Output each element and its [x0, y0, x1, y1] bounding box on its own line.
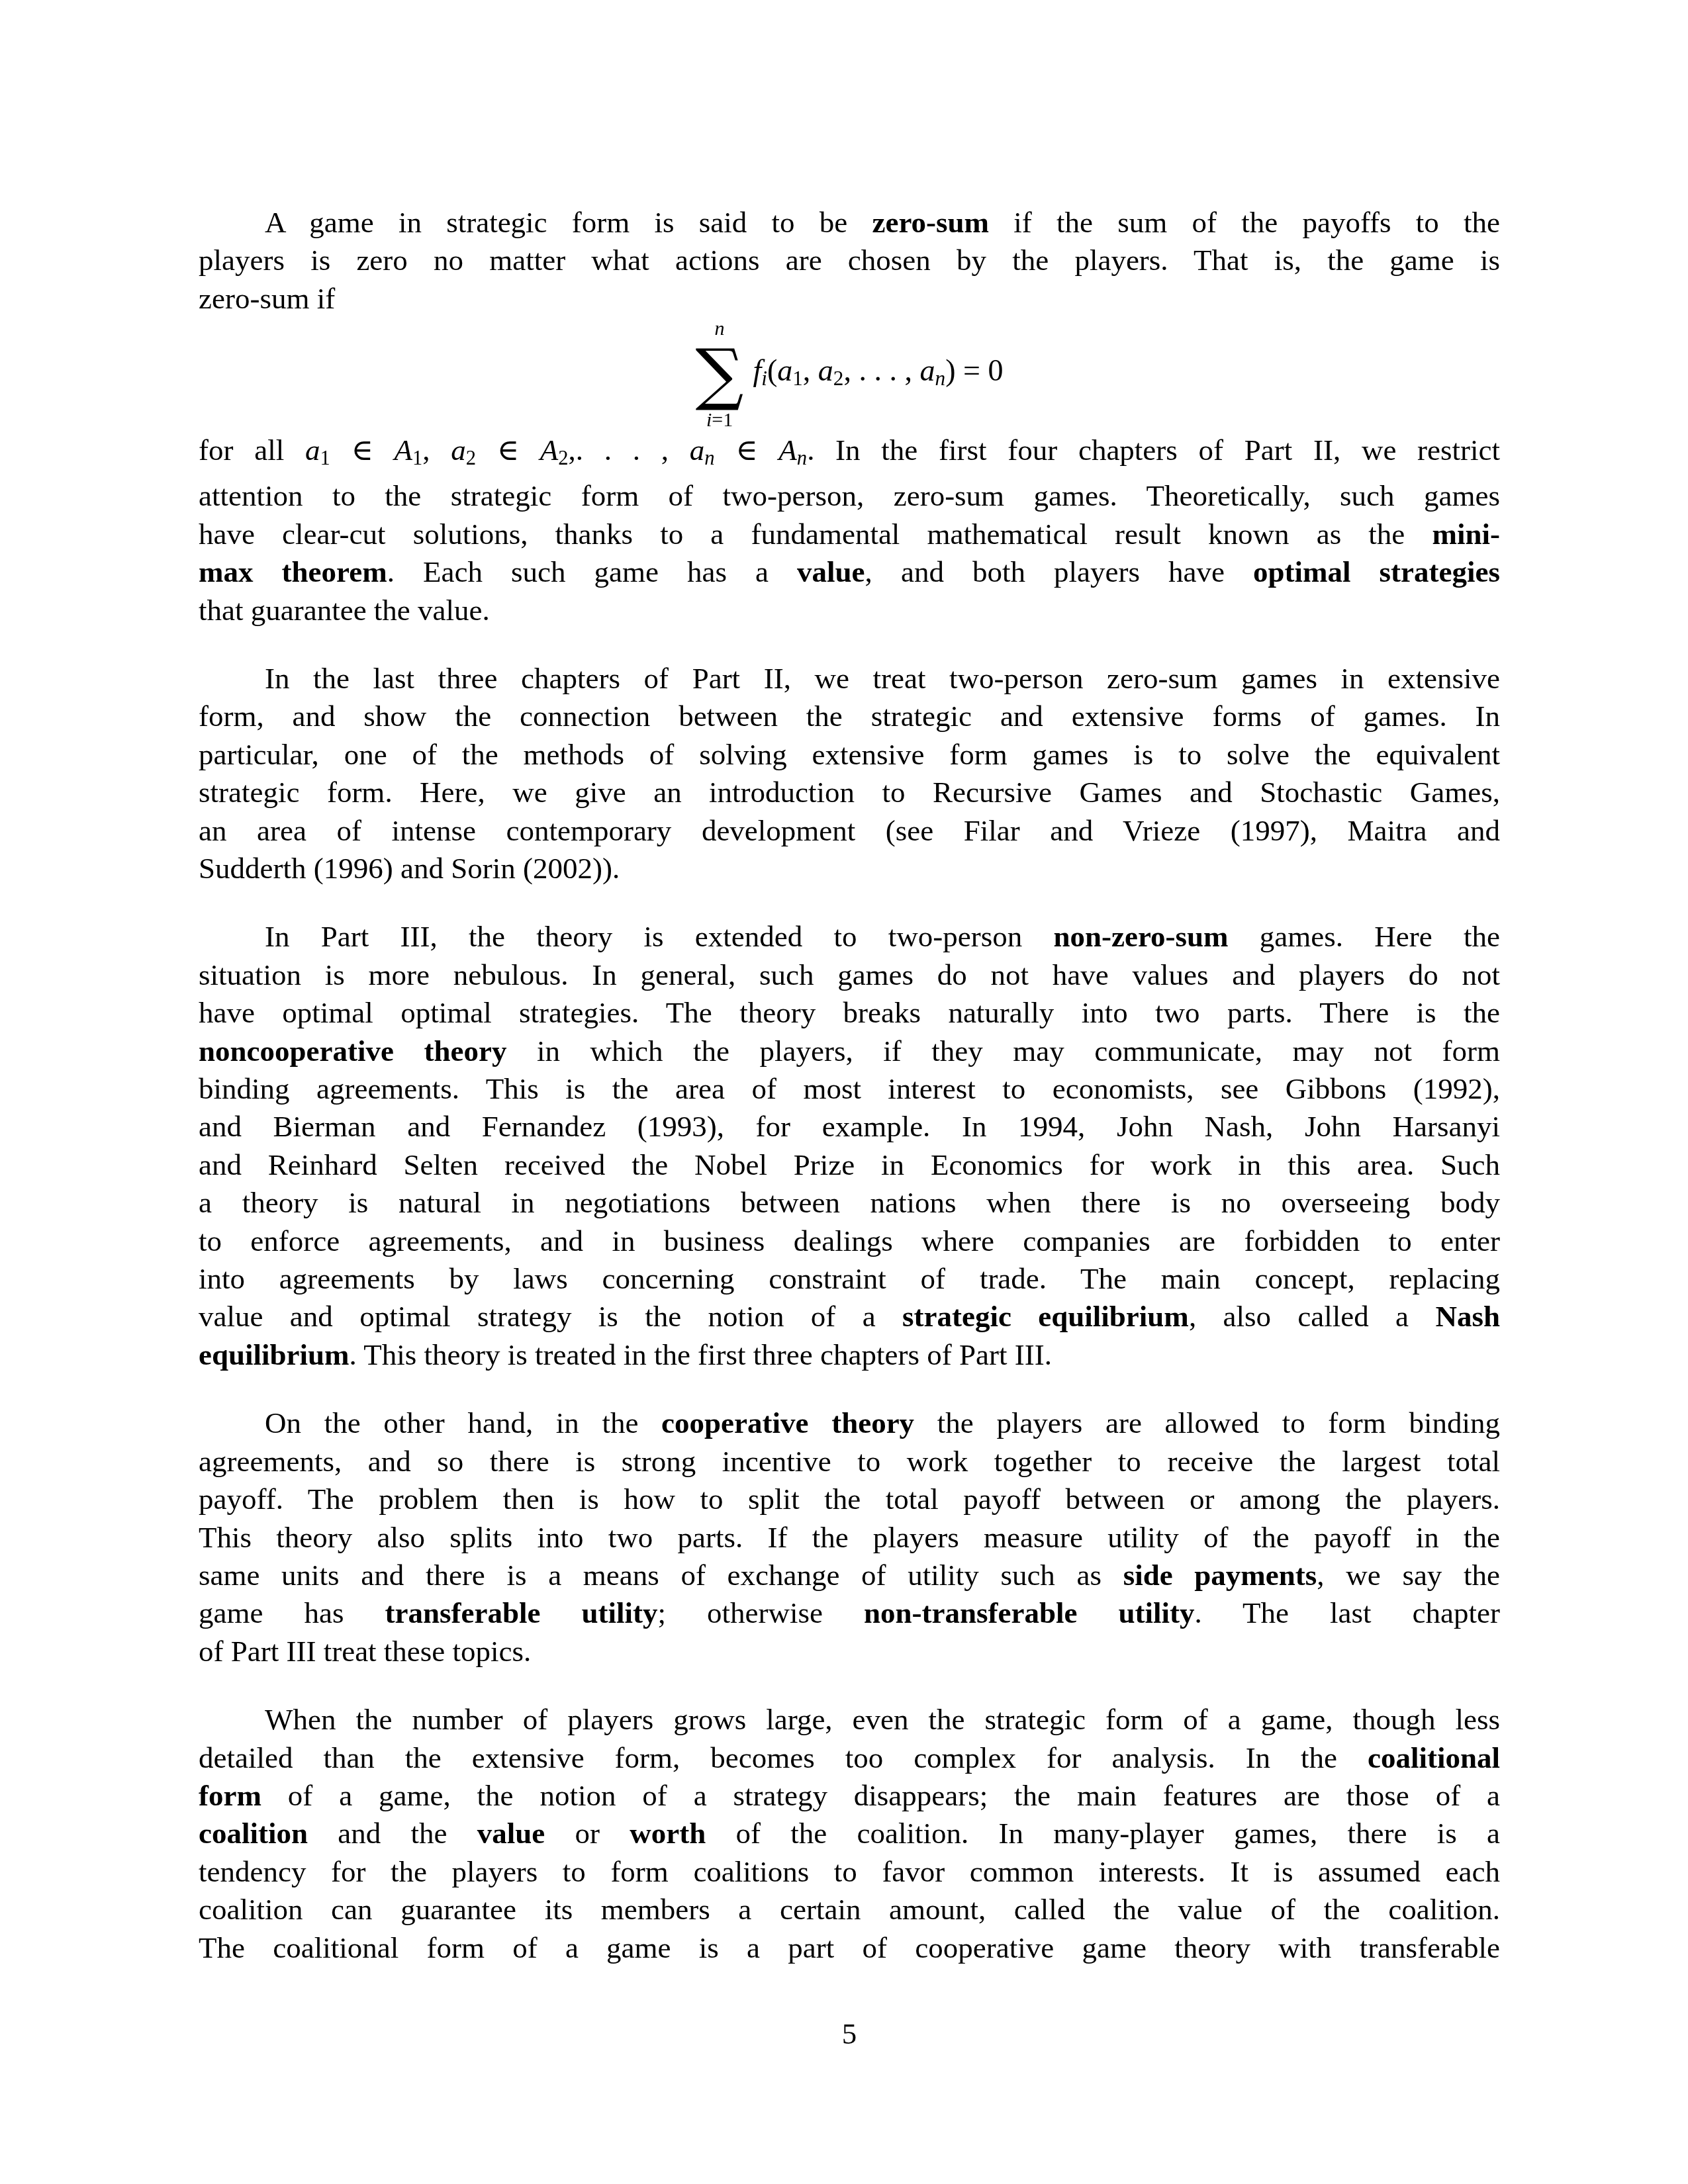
text-line: of Part III treat these topics.	[199, 1633, 1500, 1670]
text-segment: game has	[199, 1596, 385, 1629]
text-segment: worth	[630, 1817, 706, 1850]
text-segment: ; otherwise	[658, 1596, 865, 1629]
text-line: a theory is natural in negotiations betw…	[199, 1184, 1500, 1222]
text-segment: non-zero-sum	[1053, 920, 1228, 953]
text-line: agreements, and so there is strong incen…	[199, 1443, 1500, 1480]
text-segment: detailed than the extensive form, become…	[199, 1741, 1368, 1774]
text-segment: zero-sum	[872, 206, 989, 239]
text-segment: for all	[199, 433, 305, 467]
text-line: and Bierman and Fernandez (1993), for ex…	[199, 1108, 1500, 1146]
text-segment: coalition	[199, 1817, 308, 1850]
text-line: have optimal optimal strategies. The the…	[199, 994, 1500, 1032]
text-segment: non-transferable utility	[864, 1596, 1195, 1629]
text-line: value and optimal strategy is the notion…	[199, 1298, 1500, 1336]
text-line: coalition and the value or worth of the …	[199, 1815, 1500, 1852]
text-segment: equilibrium	[199, 1338, 350, 1371]
text-segment: n	[797, 447, 807, 469]
text-segment: ∈	[715, 433, 779, 467]
text-segment: i	[761, 367, 767, 390]
text-segment: cooperative theory	[661, 1406, 914, 1439]
text-segment: in which the players, if they may commun…	[506, 1034, 1500, 1068]
text-segment: n	[704, 447, 714, 469]
text-segment: if the sum of the payoffs to the	[989, 206, 1500, 239]
text-segment: . In the first four chapters of Part II,…	[807, 433, 1500, 467]
text-segment: side payments	[1123, 1559, 1317, 1592]
paragraph: In the last three chapters of Part II, w…	[199, 660, 1500, 887]
text-segment: coalitional	[1368, 1741, 1500, 1774]
text-segment: same units and there is a means of excha…	[199, 1559, 1123, 1592]
text-segment: ) = 0	[945, 353, 1003, 387]
text-segment: 1	[320, 447, 330, 469]
text-segment: ,. . . ,	[569, 433, 690, 467]
text-segment: . Each such game has a	[387, 555, 797, 588]
text-line: A game in strategic form is said to be z…	[199, 204, 1500, 242]
text-line: strategic form. Here, we give an introdu…	[199, 774, 1500, 811]
text-line: and Reinhard Selten received the Nobel P…	[199, 1146, 1500, 1184]
text-line: players is zero no matter what actions a…	[199, 242, 1500, 279]
page-number: 5	[199, 2015, 1500, 2053]
text-segment: a	[305, 433, 320, 467]
text-segment: strategic equilibrium	[902, 1300, 1189, 1333]
text-segment: have clear-cut solutions, thanks to a fu…	[199, 518, 1432, 551]
text-line: have clear-cut solutions, thanks to a fu…	[199, 516, 1500, 553]
text-line: When the number of players grows large, …	[199, 1701, 1500, 1739]
text-line: tendency for the players to form coaliti…	[199, 1853, 1500, 1891]
text-segment: , and both players have	[865, 555, 1253, 588]
text-segment: In Part III, the theory is extended to t…	[265, 920, 1053, 953]
text-line: attention to the strategic form of two-p…	[199, 477, 1500, 515]
text-line: game has transferable utility; otherwise…	[199, 1594, 1500, 1632]
summation-limits: n∑i=1	[696, 318, 744, 432]
text-segment: and the	[308, 1817, 477, 1850]
sigma-symbol: ∑	[696, 340, 744, 409]
text-line: zero-sum if	[199, 280, 1500, 318]
summation-formula: n∑i=1fi(a1, a2, . . . , an) = 0	[199, 318, 1500, 432]
text-segment: 2	[833, 367, 844, 390]
text-segment: A	[540, 433, 559, 467]
text-segment: ∈	[476, 433, 540, 467]
text-segment: . This theory is treated in the first th…	[350, 1338, 1052, 1371]
text-line: that guarantee the value.	[199, 592, 1500, 629]
text-segment: A game in strategic form is said to be	[265, 206, 872, 239]
text-segment: 2	[466, 447, 476, 469]
text-segment: , . . . ,	[844, 353, 920, 387]
text-line: Sudderth (1996) and Sorin (2002)).	[199, 850, 1500, 887]
text-segment: f	[753, 353, 761, 387]
text-segment: a	[451, 433, 466, 467]
text-segment: of a game, the notion of a strategy disa…	[261, 1779, 1500, 1812]
text-segment: or	[545, 1817, 630, 1850]
text-segment: noncooperative theory	[199, 1034, 506, 1068]
text-line: In Part III, the theory is extended to t…	[199, 918, 1500, 956]
text-line: The coalitional form of a game is a part…	[199, 1929, 1500, 1967]
text-line: binding agreements. This is the area of …	[199, 1070, 1500, 1108]
text-line: form, and show the connection between th…	[199, 698, 1500, 735]
text-segment: optimal strategies	[1253, 555, 1500, 588]
text-segment: value and optimal strategy is the notion…	[199, 1300, 902, 1333]
text-line: form of a game, the notion of a strategy…	[199, 1777, 1500, 1815]
text-segment: ∈	[330, 433, 395, 467]
text-segment: i	[706, 409, 712, 431]
text-line: into agreements by laws concerning const…	[199, 1260, 1500, 1298]
text-segment: 2	[558, 447, 568, 469]
text-segment: a	[777, 353, 792, 387]
text-line: coalition can guarantee its members a ce…	[199, 1891, 1500, 1929]
text-segment: max theorem	[199, 555, 387, 588]
sum-lower-limit: i=1	[706, 409, 733, 432]
text-line: same units and there is a means of excha…	[199, 1557, 1500, 1594]
text-line: an area of intense contemporary developm…	[199, 812, 1500, 850]
text-segment: , also called a	[1189, 1300, 1436, 1333]
text-line: for all a1 ∈ A1, a2 ∈ A2,. . . , an ∈ An…	[199, 432, 1500, 477]
document-page: A game in strategic form is said to be z…	[0, 0, 1688, 2184]
text-line: to enforce agreements, and in business d…	[199, 1222, 1500, 1260]
text-segment: a	[690, 433, 705, 467]
text-segment: (	[767, 353, 777, 387]
text-line: situation is more nebulous. In general, …	[199, 956, 1500, 994]
text-segment: 1	[792, 367, 803, 390]
text-segment: form	[199, 1779, 261, 1812]
paragraph: When the number of players grows large, …	[199, 1701, 1500, 1967]
paragraph: In Part III, the theory is extended to t…	[199, 918, 1500, 1374]
text-segment: ,	[803, 353, 818, 387]
text-segment: Nash	[1435, 1300, 1500, 1333]
text-segment: . The last chapter	[1195, 1596, 1500, 1629]
text-segment: a	[818, 353, 833, 387]
text-line: max theorem. Each such game has a value,…	[199, 553, 1500, 591]
text-line: detailed than the extensive form, become…	[199, 1739, 1500, 1777]
text-line: equilibrium. This theory is treated in t…	[199, 1336, 1500, 1374]
text-segment: ,	[422, 433, 451, 467]
text-line: On the other hand, in the cooperative th…	[199, 1404, 1500, 1442]
text-segment: n	[935, 367, 946, 390]
text-segment: transferable utility	[385, 1596, 658, 1629]
text-line: In the last three chapters of Part II, w…	[199, 660, 1500, 698]
text-line: payoff. The problem then is how to split…	[199, 1480, 1500, 1518]
text-segment: games. Here the	[1229, 920, 1500, 953]
text-segment: a	[920, 353, 935, 387]
text-segment: , we say the	[1317, 1559, 1500, 1592]
text-segment: A	[778, 433, 797, 467]
text-line: particular, one of the methods of solvin…	[199, 736, 1500, 774]
paragraph: On the other hand, in the cooperative th…	[199, 1404, 1500, 1670]
text-block: A game in strategic form is said to be z…	[199, 204, 1500, 1967]
text-segment: of the coalition. In many-player games, …	[706, 1817, 1500, 1850]
text-segment: 1	[412, 447, 422, 469]
text-segment: A	[394, 433, 412, 467]
text-segment: =1	[712, 409, 733, 431]
text-line: This theory also splits into two parts. …	[199, 1519, 1500, 1557]
text-segment: mini-	[1432, 518, 1500, 551]
text-segment: the players are allowed to form binding	[914, 1406, 1500, 1439]
text-segment: value	[797, 555, 865, 588]
paragraph: for all a1 ∈ A1, a2 ∈ A2,. . . , an ∈ An…	[199, 432, 1500, 629]
text-segment: On the other hand, in the	[265, 1406, 661, 1439]
formula-expression: fi(a1, a2, . . . , an) = 0	[753, 351, 1003, 398]
text-line: noncooperative theory in which the playe…	[199, 1032, 1500, 1070]
paragraph: A game in strategic form is said to be z…	[199, 204, 1500, 318]
text-segment: value	[477, 1817, 545, 1850]
